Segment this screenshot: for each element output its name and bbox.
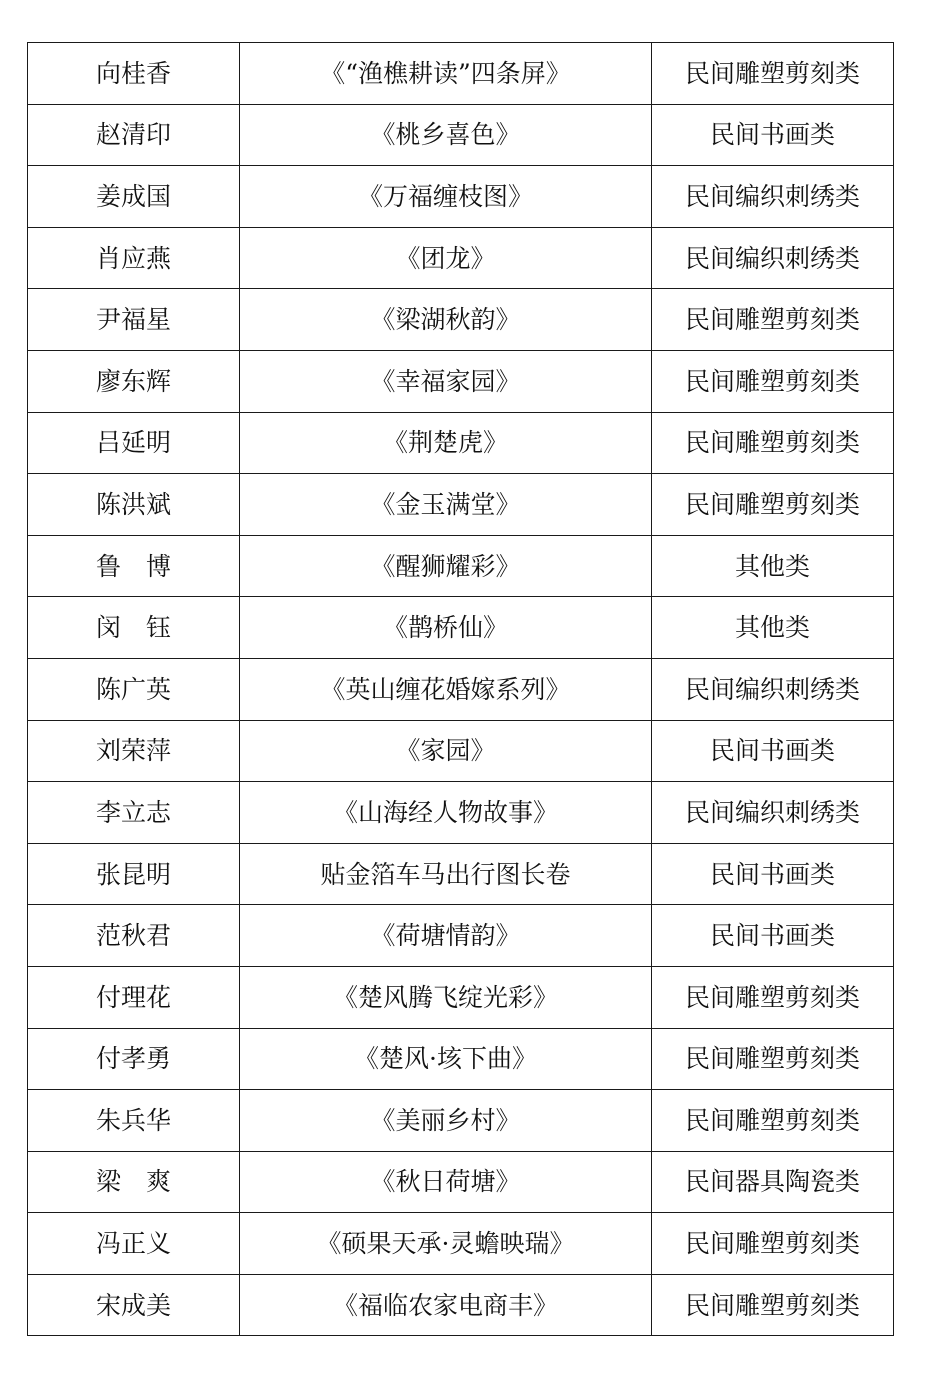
work-title-cell: 《团龙》 [240,227,652,289]
category-cell: 民间雕塑剪刻类 [652,412,894,474]
award-list-table: 向桂香 《“渔樵耕读”四条屏》 民间雕塑剪刻类 赵清印 《桃乡喜色》 民间书画类… [27,42,894,1336]
table-row: 付理花 《楚风腾飞绽光彩》 民间雕塑剪刻类 [28,966,894,1028]
work-title-cell: 《家园》 [240,720,652,782]
table-row: 陈广英 《英山缠花婚嫁系列》 民间编织刺绣类 [28,658,894,720]
artist-name-cell: 李立志 [28,782,240,844]
work-title-cell: 《醒狮耀彩》 [240,535,652,597]
table-row: 李立志 《山海经人物故事》 民间编织刺绣类 [28,782,894,844]
artist-name-cell: 付孝勇 [28,1028,240,1090]
table-row: 朱兵华 《美丽乡村》 民间雕塑剪刻类 [28,1090,894,1152]
work-title-cell: 《硕果天承·灵蟾映瑞》 [240,1213,652,1275]
work-title-cell: 贴金箔车马出行图长卷 [240,843,652,905]
category-cell: 民间雕塑剪刻类 [652,474,894,536]
category-cell: 民间书画类 [652,104,894,166]
category-cell: 民间书画类 [652,843,894,905]
artist-name-cell: 张昆明 [28,843,240,905]
artist-name-cell: 陈洪斌 [28,474,240,536]
category-cell: 民间雕塑剪刻类 [652,43,894,105]
table-row: 陈洪斌 《金玉满堂》 民间雕塑剪刻类 [28,474,894,536]
table-row: 吕延明 《荆楚虎》 民间雕塑剪刻类 [28,412,894,474]
work-title-cell: 《幸福家园》 [240,350,652,412]
artist-name-cell: 宋成美 [28,1274,240,1336]
work-title-cell: 《美丽乡村》 [240,1090,652,1152]
artist-name-cell: 冯正义 [28,1213,240,1275]
document-page: 向桂香 《“渔樵耕读”四条屏》 民间雕塑剪刻类 赵清印 《桃乡喜色》 民间书画类… [0,0,933,1400]
artist-name-cell: 向桂香 [28,43,240,105]
artist-name-cell: 姜成国 [28,166,240,228]
artist-name-cell: 朱兵华 [28,1090,240,1152]
artist-name-cell: 刘荣萍 [28,720,240,782]
table-row: 刘荣萍 《家园》 民间书画类 [28,720,894,782]
work-title-cell: 《楚风腾飞绽光彩》 [240,966,652,1028]
work-title-cell: 《桃乡喜色》 [240,104,652,166]
table-row: 梁 爽 《秋日荷塘》 民间器具陶瓷类 [28,1151,894,1213]
work-title-cell: 《英山缠花婚嫁系列》 [240,658,652,720]
category-cell: 民间雕塑剪刻类 [652,1028,894,1090]
work-title-cell: 《荆楚虎》 [240,412,652,474]
category-cell: 民间雕塑剪刻类 [652,1090,894,1152]
category-cell: 民间器具陶瓷类 [652,1151,894,1213]
work-title-cell: 《“渔樵耕读”四条屏》 [240,43,652,105]
artist-name-cell: 范秋君 [28,905,240,967]
table-row: 鲁 博 《醒狮耀彩》 其他类 [28,535,894,597]
artist-name-cell: 鲁 博 [28,535,240,597]
work-title-cell: 《鹊桥仙》 [240,597,652,659]
artist-name-cell: 尹福星 [28,289,240,351]
work-title-cell: 《梁湖秋韵》 [240,289,652,351]
table-row: 廖东辉 《幸福家园》 民间雕塑剪刻类 [28,350,894,412]
table-row: 姜成国 《万福缠枝图》 民间编织刺绣类 [28,166,894,228]
category-cell: 民间编织刺绣类 [652,227,894,289]
table-row: 宋成美 《福临农家电商丰》 民间雕塑剪刻类 [28,1274,894,1336]
work-title-cell: 《万福缠枝图》 [240,166,652,228]
category-cell: 民间书画类 [652,720,894,782]
category-cell: 民间雕塑剪刻类 [652,289,894,351]
work-title-cell: 《荷塘情韵》 [240,905,652,967]
artist-name-cell: 吕延明 [28,412,240,474]
artist-name-cell: 付理花 [28,966,240,1028]
category-cell: 其他类 [652,597,894,659]
category-cell: 民间编织刺绣类 [652,166,894,228]
category-cell: 民间编织刺绣类 [652,658,894,720]
work-title-cell: 《秋日荷塘》 [240,1151,652,1213]
category-cell: 其他类 [652,535,894,597]
work-title-cell: 《山海经人物故事》 [240,782,652,844]
artist-name-cell: 廖东辉 [28,350,240,412]
table-row: 张昆明 贴金箔车马出行图长卷 民间书画类 [28,843,894,905]
table-row: 尹福星 《梁湖秋韵》 民间雕塑剪刻类 [28,289,894,351]
table-row: 向桂香 《“渔樵耕读”四条屏》 民间雕塑剪刻类 [28,43,894,105]
table-row: 肖应燕 《团龙》 民间编织刺绣类 [28,227,894,289]
artist-name-cell: 闵 钰 [28,597,240,659]
work-title-cell: 《楚风·垓下曲》 [240,1028,652,1090]
table-row: 冯正义 《硕果天承·灵蟾映瑞》 民间雕塑剪刻类 [28,1213,894,1275]
work-title-cell: 《福临农家电商丰》 [240,1274,652,1336]
work-title-cell: 《金玉满堂》 [240,474,652,536]
table-row: 赵清印 《桃乡喜色》 民间书画类 [28,104,894,166]
table-row: 闵 钰 《鹊桥仙》 其他类 [28,597,894,659]
category-cell: 民间雕塑剪刻类 [652,350,894,412]
artist-name-cell: 梁 爽 [28,1151,240,1213]
table-body: 向桂香 《“渔樵耕读”四条屏》 民间雕塑剪刻类 赵清印 《桃乡喜色》 民间书画类… [28,43,894,1336]
table-row: 付孝勇 《楚风·垓下曲》 民间雕塑剪刻类 [28,1028,894,1090]
category-cell: 民间书画类 [652,905,894,967]
category-cell: 民间雕塑剪刻类 [652,1274,894,1336]
artist-name-cell: 陈广英 [28,658,240,720]
category-cell: 民间雕塑剪刻类 [652,966,894,1028]
artist-name-cell: 肖应燕 [28,227,240,289]
table-row: 范秋君 《荷塘情韵》 民间书画类 [28,905,894,967]
artist-name-cell: 赵清印 [28,104,240,166]
category-cell: 民间编织刺绣类 [652,782,894,844]
category-cell: 民间雕塑剪刻类 [652,1213,894,1275]
